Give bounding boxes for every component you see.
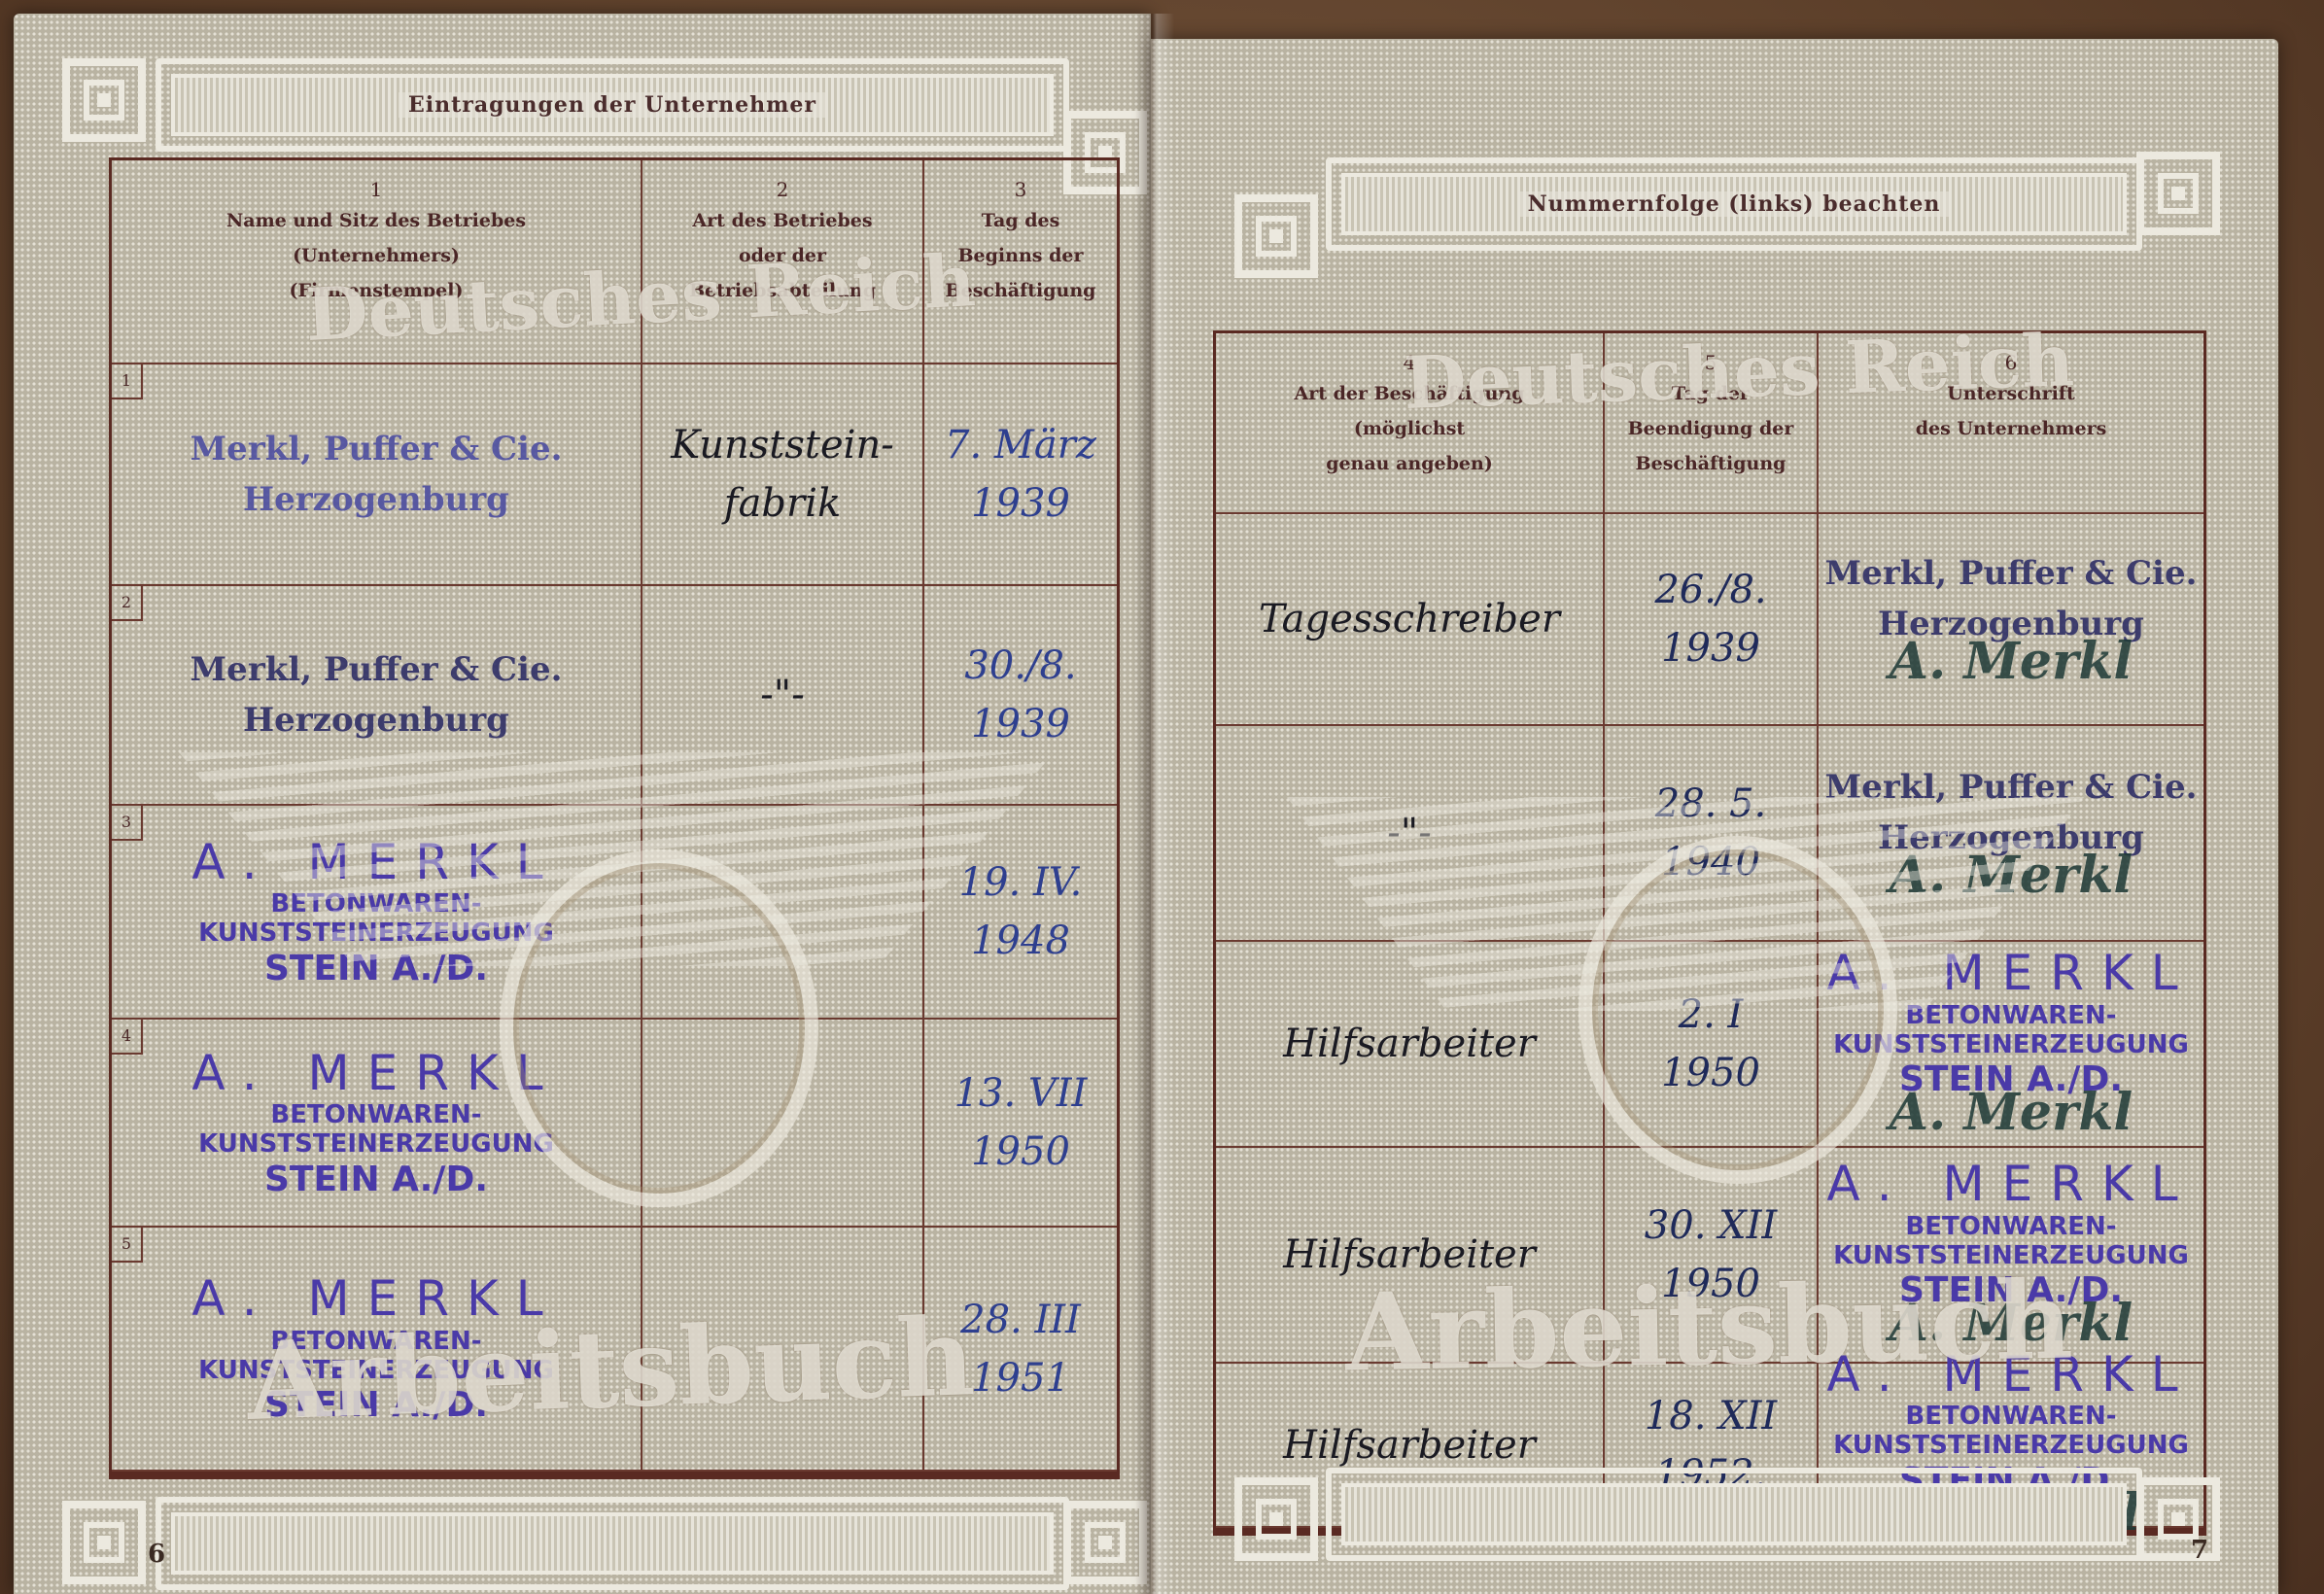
left-footer-band <box>156 1497 1069 1590</box>
stamp-line: A. MERKL <box>1826 1347 2195 1403</box>
handwriting-line: Hilfsarbeiter <box>1283 1015 1536 1073</box>
entry-occupation-cell: Tagesschreiber <box>1216 514 1605 726</box>
company-stamp: Merkl, Puffer & Cie.Herzogenburg <box>191 424 563 525</box>
handwriting-line: fabrik <box>724 474 841 533</box>
column-header-line: oder der <box>739 238 826 273</box>
entry-signature-cell: Merkl, Puffer & Cie.HerzogenburgA. Merkl <box>1819 514 2203 726</box>
stamp-line: KUNSTSTEINERZEUGUNG <box>191 1357 560 1386</box>
company-stamp-area: Merkl, Puffer & Cie.Herzogenburg <box>112 586 641 804</box>
entry-business-type-cell: -"- <box>642 586 924 806</box>
business-type-handwriting: -"- <box>642 586 922 804</box>
stamp-line: KUNSTSTEINERZEUGUNG <box>191 1130 560 1160</box>
column-header-line: Tag der <box>1672 376 1750 411</box>
column-header-line: Beschäftigung <box>1636 446 1786 481</box>
column-header-6: 6Unterschriftdes Unternehmers <box>1819 333 2203 514</box>
column-header-line: (möglichst <box>1354 411 1465 446</box>
company-stamp-area: Merkl, Puffer & Cie.Herzogenburg <box>112 364 641 584</box>
column-header-line: genau angeben) <box>1326 446 1493 481</box>
handwritten-signature: A. Merkl <box>1890 1083 2133 1142</box>
date-line: 1939 <box>1661 619 1760 677</box>
column-header-line: Unterschrift <box>1947 376 2075 411</box>
start-date-handwriting: 28. III1951 <box>924 1228 1117 1470</box>
left-band-title: Eintragungen der Unternehmer <box>399 92 826 118</box>
end-date-handwriting: 28. 5.1940 <box>1605 726 1817 940</box>
ornamental-border-icon <box>62 1501 146 1584</box>
date-line: 1951 <box>971 1349 1070 1407</box>
entry-signature-cell: A. MERKLBETONWAREN-KUNSTSTEINERZEUGUNGST… <box>1819 942 2203 1148</box>
column-number: 2 <box>777 176 789 203</box>
column-number: 5 <box>1705 349 1717 376</box>
occupation-handwriting: Hilfsarbeiter <box>1216 942 1603 1146</box>
start-date-handwriting: 19. IV.1948 <box>924 806 1117 1018</box>
entry-signature-cell: A. MERKLBETONWAREN-KUNSTSTEINERZEUGUNGST… <box>1819 1148 2203 1364</box>
ornamental-border-icon <box>2136 152 2220 235</box>
column-header-line: Tag des <box>982 203 1060 238</box>
handwriting-line: Hilfsarbeiter <box>1283 1226 1536 1284</box>
right-page: Nummernfolge (links) beachten 4Art der B… <box>1151 39 2278 1594</box>
right-entries-table: 4Art der Beschäftigung(möglichstgenau an… <box>1213 330 2206 1536</box>
company-stamp: A. MERKLBETONWAREN-KUNSTSTEINERZEUGUNGST… <box>191 835 560 989</box>
date-line: 26./8. <box>1654 561 1766 619</box>
handwriting-line: -"- <box>1387 804 1431 862</box>
right-header-band: Nummernfolge (links) beachten <box>1326 157 2142 251</box>
entry-company-cell: 1Merkl, Puffer & Cie.Herzogenburg <box>112 364 642 586</box>
date-line: 18. XII <box>1645 1387 1777 1445</box>
stamp-line: Merkl, Puffer & Cie. <box>191 644 563 695</box>
right-band-title: Nummernfolge (links) beachten <box>1518 191 1951 217</box>
entry-company-cell: 2Merkl, Puffer & Cie.Herzogenburg <box>112 586 642 806</box>
entry-occupation-cell: -"- <box>1216 726 1605 942</box>
company-stamp: A. MERKLBETONWAREN-KUNSTSTEINERZEUGUNGST… <box>191 1046 560 1200</box>
date-line: 1940 <box>1661 833 1760 891</box>
signature-area: A. MERKLBETONWAREN-KUNSTSTEINERZEUGUNGST… <box>1819 942 2203 1146</box>
entry-company-cell: 3A. MERKLBETONWAREN-KUNSTSTEINERZEUGUNGS… <box>112 806 642 1020</box>
ornamental-border-icon <box>1234 194 1318 278</box>
stamp-line: BETONWAREN- <box>191 890 560 919</box>
date-line: 2. I <box>1679 986 1744 1044</box>
entry-business-type-cell <box>642 806 924 1020</box>
date-line: 1950 <box>971 1123 1070 1181</box>
entry-start-date-cell: 7. März1939 <box>924 364 1117 586</box>
date-line: 1950 <box>1661 1255 1760 1313</box>
stamp-line: STEIN A./D. <box>191 1160 560 1199</box>
handwritten-signature: A. Merkl <box>1890 846 2133 905</box>
business-type-handwriting: Kunststein-fabrik <box>642 364 922 584</box>
start-date-handwriting: 13. VII1950 <box>924 1020 1117 1226</box>
company-stamp: Merkl, Puffer & Cie.Herzogenburg <box>191 644 563 745</box>
date-line: 1950 <box>1661 1044 1760 1102</box>
entry-company-cell: 4A. MERKLBETONWAREN-KUNSTSTEINERZEUGUNGS… <box>112 1020 642 1228</box>
date-line: 28. III <box>960 1291 1081 1349</box>
right-footer-band <box>1326 1468 2142 1561</box>
stamp-line: Merkl, Puffer & Cie. <box>1825 762 2198 813</box>
handwriting-line: Kunststein- <box>671 416 893 474</box>
stamp-line: STEIN A./D. <box>191 1385 560 1425</box>
signature-area: Merkl, Puffer & Cie.HerzogenburgA. Merkl <box>1819 514 2203 724</box>
column-header-line: Beginns der <box>958 238 1084 273</box>
ornamental-border-icon <box>1063 1501 1147 1584</box>
stamp-line: STEIN A./D. <box>191 949 560 988</box>
date-line: 1948 <box>971 912 1070 970</box>
entry-end-date-cell: 2. I1950 <box>1605 942 1819 1148</box>
column-number: 1 <box>370 176 383 203</box>
occupation-handwriting: Hilfsarbeiter <box>1216 1148 1603 1362</box>
date-line: 13. VII <box>954 1064 1088 1123</box>
company-stamp: A. MERKLBETONWAREN-KUNSTSTEINERZEUGUNGST… <box>191 1271 560 1426</box>
occupation-handwriting: -"- <box>1216 726 1603 940</box>
left-header-band: Eintragungen der Unternehmer <box>156 58 1069 152</box>
company-stamp: A. MERKLBETONWAREN-KUNSTSTEINERZEUGUNGST… <box>1826 1157 2195 1311</box>
column-header-line: Beschäftigung <box>946 273 1096 308</box>
company-stamp-area: A. MERKLBETONWAREN-KUNSTSTEINERZEUGUNGST… <box>112 806 641 1018</box>
stamp-line: BETONWAREN- <box>1826 1002 2195 1031</box>
company-stamp: A. MERKLBETONWAREN-KUNSTSTEINERZEUGUNGST… <box>1826 946 2195 1100</box>
start-date-handwriting: 30./8.1939 <box>924 586 1117 804</box>
stamp-line: KUNSTSTEINERZEUGUNG <box>1826 1242 2195 1271</box>
start-date-handwriting: 7. März1939 <box>924 364 1117 584</box>
column-header-line: Betriebsabteilung <box>689 273 876 308</box>
entry-start-date-cell: 19. IV.1948 <box>924 806 1117 1020</box>
handwritten-signature: A. Merkl <box>1890 632 2133 691</box>
entry-occupation-cell: Hilfsarbeiter <box>1216 942 1605 1148</box>
business-type-handwriting <box>642 1228 922 1470</box>
end-date-handwriting: 2. I1950 <box>1605 942 1817 1146</box>
stamp-line: KUNSTSTEINERZEUGUNG <box>1826 1432 2195 1461</box>
page-number-left: 6 <box>148 1540 165 1569</box>
date-line: 19. IV. <box>959 853 1083 912</box>
entry-start-date-cell: 13. VII1950 <box>924 1020 1117 1228</box>
ornamental-border-icon <box>1234 1477 1318 1561</box>
stamp-line: BETONWAREN- <box>191 1328 560 1357</box>
column-header-line: (Firmenstempel) <box>290 273 464 308</box>
column-number: 4 <box>1404 349 1416 376</box>
column-header-line: Art des Betriebes <box>692 203 872 238</box>
entry-end-date-cell: 28. 5.1940 <box>1605 726 1819 942</box>
stamp-line: Merkl, Puffer & Cie. <box>191 424 563 474</box>
left-entries-table: 1Name und Sitz des Betriebes(Unternehmer… <box>109 157 1120 1479</box>
entry-business-type-cell: Kunststein-fabrik <box>642 364 924 586</box>
column-number: 3 <box>1015 176 1027 203</box>
signature-area: A. MERKLBETONWAREN-KUNSTSTEINERZEUGUNGST… <box>1819 1148 2203 1362</box>
end-date-handwriting: 26./8.1939 <box>1605 514 1817 724</box>
handwriting-line: Tagesschreiber <box>1259 590 1560 648</box>
occupation-handwriting: Tagesschreiber <box>1216 514 1603 724</box>
signature-area: Merkl, Puffer & Cie.HerzogenburgA. Merkl <box>1819 726 2203 940</box>
business-type-handwriting <box>642 1020 922 1226</box>
stamp-line: BETONWAREN- <box>1826 1403 2195 1432</box>
stamp-line: A. MERKL <box>1826 946 2195 1002</box>
entry-start-date-cell: 30./8.1939 <box>924 586 1117 806</box>
handwriting-line: Hilfsarbeiter <box>1283 1416 1536 1474</box>
column-header-line: Beendigung der <box>1628 411 1794 446</box>
entry-business-type-cell <box>642 1228 924 1472</box>
date-line: 30./8. <box>964 637 1076 695</box>
business-type-handwriting <box>642 806 922 1018</box>
entry-occupation-cell: Hilfsarbeiter <box>1216 1148 1605 1364</box>
stamp-line: A. MERKL <box>191 1271 560 1328</box>
handwritten-signature: A. Merkl <box>1890 1294 2133 1353</box>
entry-start-date-cell: 28. III1951 <box>924 1228 1117 1472</box>
handwriting-line: -"- <box>760 666 804 724</box>
stamp-line: A. MERKL <box>191 835 560 891</box>
stamp-line: Herzogenburg <box>191 474 563 525</box>
date-line: 7. März <box>945 416 1096 474</box>
stamp-line: A. MERKL <box>1826 1157 2195 1213</box>
entry-company-cell: 5A. MERKLBETONWAREN-KUNSTSTEINERZEUGUNGS… <box>112 1228 642 1472</box>
date-line: 1939 <box>971 695 1070 753</box>
entry-end-date-cell: 26./8.1939 <box>1605 514 1819 726</box>
column-header-2: 2Art des Betriebesoder derBetriebsabteil… <box>642 160 924 364</box>
entry-business-type-cell <box>642 1020 924 1228</box>
date-line: 1939 <box>971 474 1070 533</box>
column-header-4: 4Art der Beschäftigung(möglichstgenau an… <box>1216 333 1605 514</box>
entry-signature-cell: Merkl, Puffer & Cie.HerzogenburgA. Merkl <box>1819 726 2203 942</box>
left-page: Eintragungen der Unternehmer 1Name und S… <box>14 14 1151 1594</box>
stamp-line: Merkl, Puffer & Cie. <box>1825 548 2198 599</box>
date-line: 28. 5. <box>1655 775 1767 833</box>
company-stamp-area: A. MERKLBETONWAREN-KUNSTSTEINERZEUGUNGST… <box>112 1228 641 1470</box>
column-header-line: Art der Beschäftigung <box>1294 376 1524 411</box>
column-header-line: Name und Sitz des Betriebes <box>226 203 526 238</box>
column-header-line: (Unternehmers) <box>293 238 460 273</box>
stamp-line: A. MERKL <box>191 1046 560 1102</box>
column-header-line: des Unternehmers <box>1916 411 2107 446</box>
stamp-line: BETONWAREN- <box>191 1101 560 1130</box>
column-number: 6 <box>2005 349 2018 376</box>
column-header-3: 3Tag desBeginns derBeschäftigung <box>924 160 1117 364</box>
stamp-line: KUNSTSTEINERZEUGUNG <box>191 919 560 949</box>
entry-end-date-cell: 30. XII1950 <box>1605 1148 1819 1364</box>
stamp-line: KUNSTSTEINERZEUGUNG <box>1826 1031 2195 1060</box>
stamp-line: Herzogenburg <box>191 695 563 745</box>
page-number-right: 7 <box>2191 1536 2208 1565</box>
company-stamp-area: A. MERKLBETONWAREN-KUNSTSTEINERZEUGUNGST… <box>112 1020 641 1226</box>
column-header-5: 5Tag derBeendigung derBeschäftigung <box>1605 333 1819 514</box>
date-line: 30. XII <box>1645 1196 1777 1255</box>
ornamental-border-icon <box>62 58 146 142</box>
stamp-line: BETONWAREN- <box>1826 1213 2195 1242</box>
column-header-1: 1Name und Sitz des Betriebes(Unternehmer… <box>112 160 642 364</box>
end-date-handwriting: 30. XII1950 <box>1605 1148 1817 1362</box>
